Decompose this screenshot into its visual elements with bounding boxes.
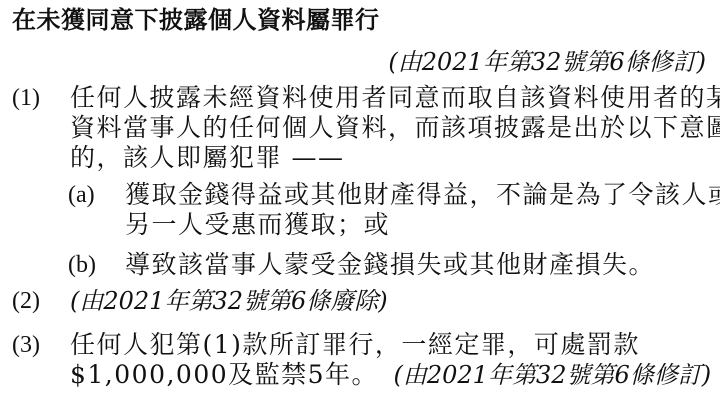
subsection-text-line: 資料當事人的任何個人資料，而該項披露是出於以下意圖 — [70, 113, 720, 143]
amendment-note: (由2021年第32號第6條修訂) — [394, 361, 712, 389]
paragraph-label: (b) — [68, 250, 96, 280]
subsection-text-line: 的，該人即屬犯罪 —— — [70, 143, 344, 173]
subsection-label: (3) — [12, 330, 40, 360]
subsection-text-line-with-note: $1,000,000及監禁5年。 (由2021年第32號第6條修訂) — [70, 360, 711, 390]
subsection-text-line: 任何人犯第(1)款所訂罪行，一經定罪，可處罰款 — [70, 330, 640, 360]
subsection-text-line: 任何人披露未經資料使用者同意而取自該資料使用者的某 — [70, 83, 720, 113]
paragraph-text-line: 導致該當事人蒙受金錢損失或其他財產損失。 — [125, 250, 655, 280]
repeal-note: (由2021年第32號第6條廢除) — [70, 286, 388, 316]
amendment-note: (由2021年第32號第6條修訂) — [388, 47, 706, 77]
section-title: 在未獲同意下披露個人資料屬罪行 — [12, 5, 380, 35]
subsection-label: (2) — [12, 286, 40, 316]
subsection-label: (1) — [12, 83, 40, 113]
penalty-text: $1,000,000及監禁5年。 — [70, 360, 378, 389]
paragraph-text-line: 另一人受惠而獲取；或 — [125, 210, 390, 240]
paragraph-label: (a) — [68, 180, 95, 210]
paragraph-text-line: 獲取金錢得益或其他財產得益，不論是為了令該人或 — [125, 180, 720, 210]
